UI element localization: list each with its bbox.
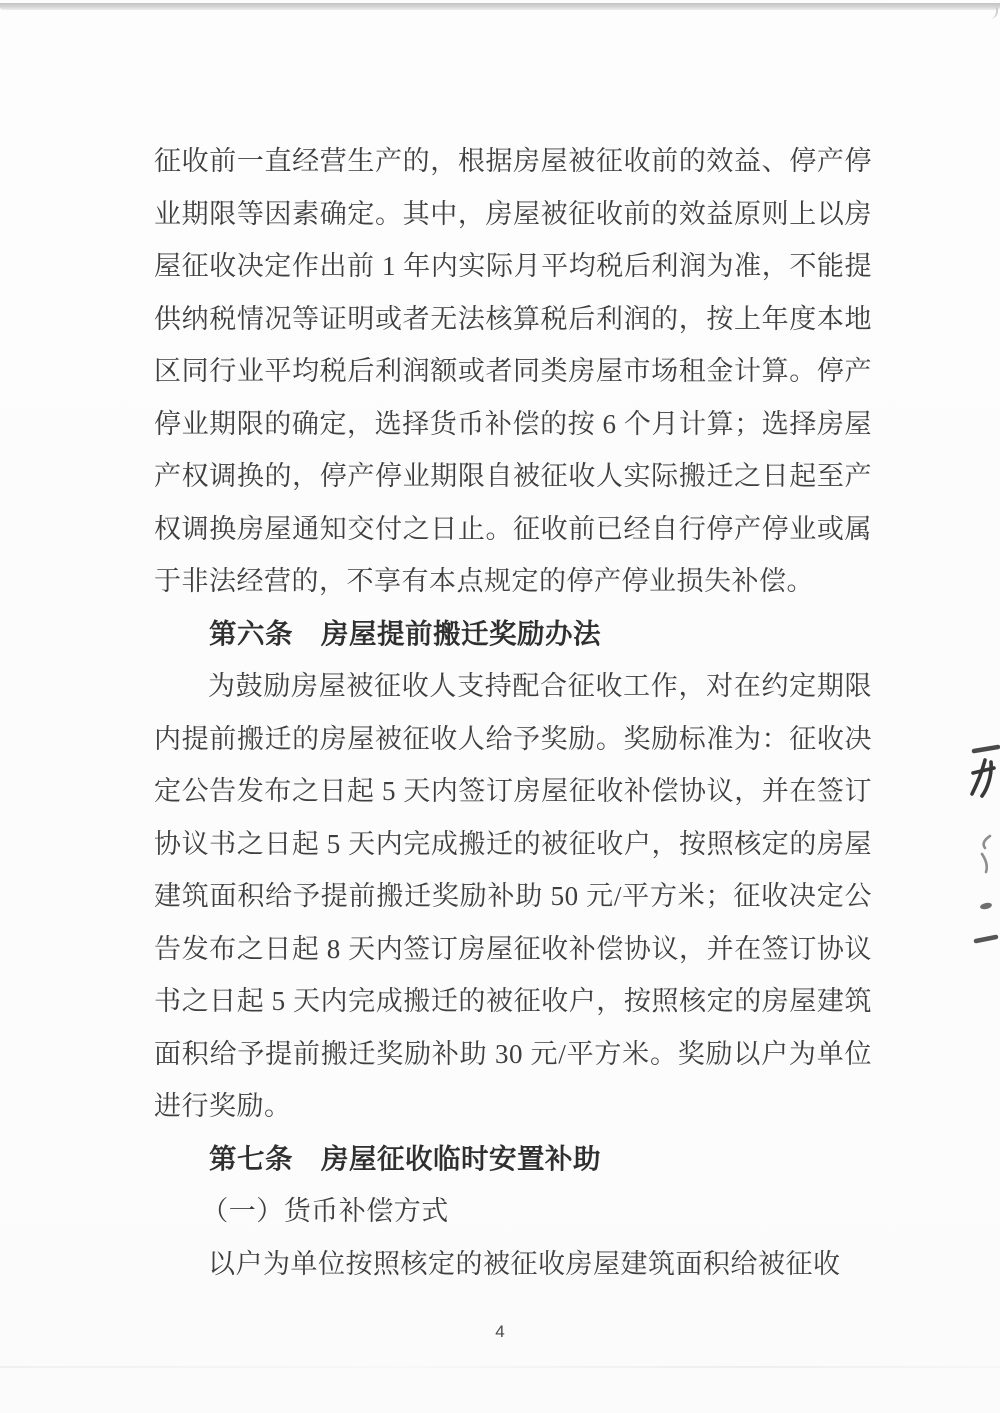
heading-article-7-temporary-resettlement-subsidy: 第七条 房屋征收临时安置补助 xyxy=(154,1133,872,1186)
ink-curve-light xyxy=(982,836,990,872)
scan-top-edge-artifact xyxy=(0,3,1000,10)
handwriting-ink-marks xyxy=(958,740,1000,950)
paragraph-per-household-area-basis: 以户为单位按照核定的被征收房屋建筑面积给被征收 xyxy=(154,1238,872,1291)
document-body: 征收前一直经营生产的，根据房屋被征收前的效益、停产停业期限等因素确定。其中，房屋… xyxy=(154,135,872,1290)
paragraph-early-relocation-reward-standard: 为鼓励房屋被征收人支持配合征收工作，对在约定期限内提前搬迁的房屋被征收人给予奖励… xyxy=(154,660,872,1133)
ink-dash-bottom xyxy=(976,937,996,941)
ink-blob xyxy=(980,902,993,910)
heading-article-6-early-relocation-reward: 第六条 房屋提前搬迁奖励办法 xyxy=(154,608,872,661)
scanned-document-page: 征收前一直经营生产的，根据房屋被征收前的效益、停产停业期限等因素确定。其中，房屋… xyxy=(0,0,1000,1413)
subheading-monetary-compensation-method: （一）货币补偿方式 xyxy=(154,1185,872,1238)
ink-character-partial xyxy=(972,760,994,796)
ink-dash-top xyxy=(974,747,998,751)
paragraph-stop-production-loss-compensation: 征收前一直经营生产的，根据房屋被征收前的效益、停产停业期限等因素确定。其中，房屋… xyxy=(154,135,872,608)
page-number: 4 xyxy=(0,1322,1000,1342)
scan-streak-artifact xyxy=(0,1366,1000,1368)
